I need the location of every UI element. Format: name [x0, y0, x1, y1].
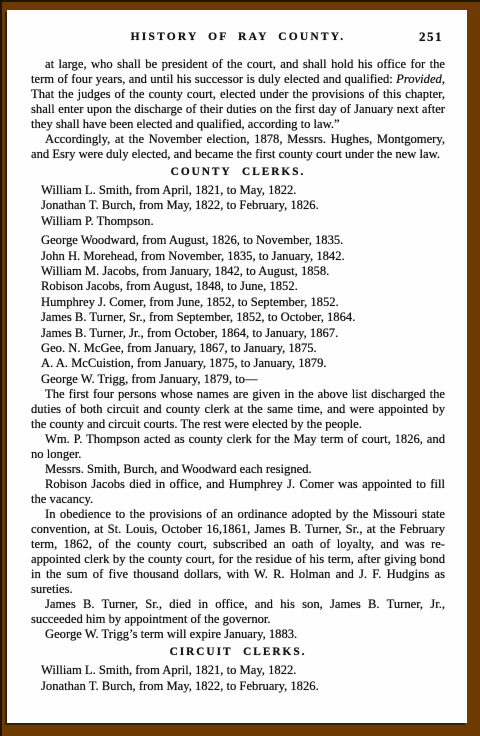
- clerk-entry: William L. Smith, from April, 1821, to M…: [31, 663, 445, 678]
- notes-paragraph: Messrs. Smith, Burch, and Woodward each …: [31, 462, 445, 477]
- clerk-entry: Geo. N. McGee, from January, 1867, to Ja…: [31, 341, 445, 356]
- clerk-entry: William L. Smith, from April, 1821, to M…: [31, 183, 445, 198]
- statute-paragraph: at large, who shall be president of the …: [31, 57, 445, 132]
- clerk-entry: Robison Jacobs, from August, 1848, to Ju…: [31, 279, 445, 294]
- clerk-entry: A. A. McCuistion, from January, 1875, to…: [31, 356, 445, 371]
- notes-paragraph: The first four persons whose names are g…: [31, 387, 445, 432]
- page-header: HISTORY OF RAY COUNTY. 251: [31, 30, 445, 45]
- clerk-entry: James B. Turner, Jr., from October, 1864…: [31, 326, 445, 341]
- clerk-entry: Jonathan T. Burch, from May, 1822, to Fe…: [31, 198, 445, 213]
- section-heading-county-clerks: COUNTY CLERKS.: [31, 165, 445, 180]
- notes-paragraph: James B. Turner, Sr., died in office, an…: [31, 597, 445, 627]
- statute-text-post: That the judges of the county court, ele…: [31, 87, 445, 131]
- clerk-entry: John H. Morehead, from November, 1835, t…: [31, 249, 445, 264]
- clerk-entry: Jonathan T. Burch, from May, 1822, to Fe…: [31, 679, 445, 694]
- statute-text-pre: at large, who shall be president of the …: [31, 57, 445, 86]
- election-paragraph: Accordingly, at the November election, 1…: [31, 132, 445, 162]
- clerk-entry: Humphrey J. Comer, from June, 1852, to S…: [31, 295, 445, 310]
- clerk-entry: George W. Trigg, from January, 1879, to—: [31, 372, 445, 387]
- book-page: HISTORY OF RAY COUNTY. 251 at large, who…: [7, 10, 467, 723]
- notes-paragraph: In obedience to the provisions of an ord…: [31, 507, 445, 597]
- notes-paragraph: George W. Trigg’s term will expire Janua…: [31, 627, 445, 642]
- clerk-entry: George Woodward, from August, 1826, to N…: [31, 233, 445, 248]
- page-number: 251: [419, 29, 443, 44]
- clerk-entry: William M. Jacobs, from January, 1842, t…: [31, 264, 445, 279]
- clerk-entry: James B. Turner, Sr., from September, 18…: [31, 310, 445, 325]
- clerk-entry: William P. Thompson.: [31, 214, 445, 229]
- page-frame: HISTORY OF RAY COUNTY. 251 at large, who…: [0, 0, 480, 736]
- statute-text-provided: Provided,: [396, 72, 445, 86]
- running-header-title: HISTORY OF RAY COUNTY.: [131, 31, 346, 43]
- notes-paragraph: Wm. P. Thompson acted as county clerk fo…: [31, 432, 445, 462]
- notes-paragraph: Robison Jacobs died in office, and Humph…: [31, 477, 445, 507]
- section-heading-circuit-clerks: CIRCUIT CLERKS.: [31, 645, 445, 660]
